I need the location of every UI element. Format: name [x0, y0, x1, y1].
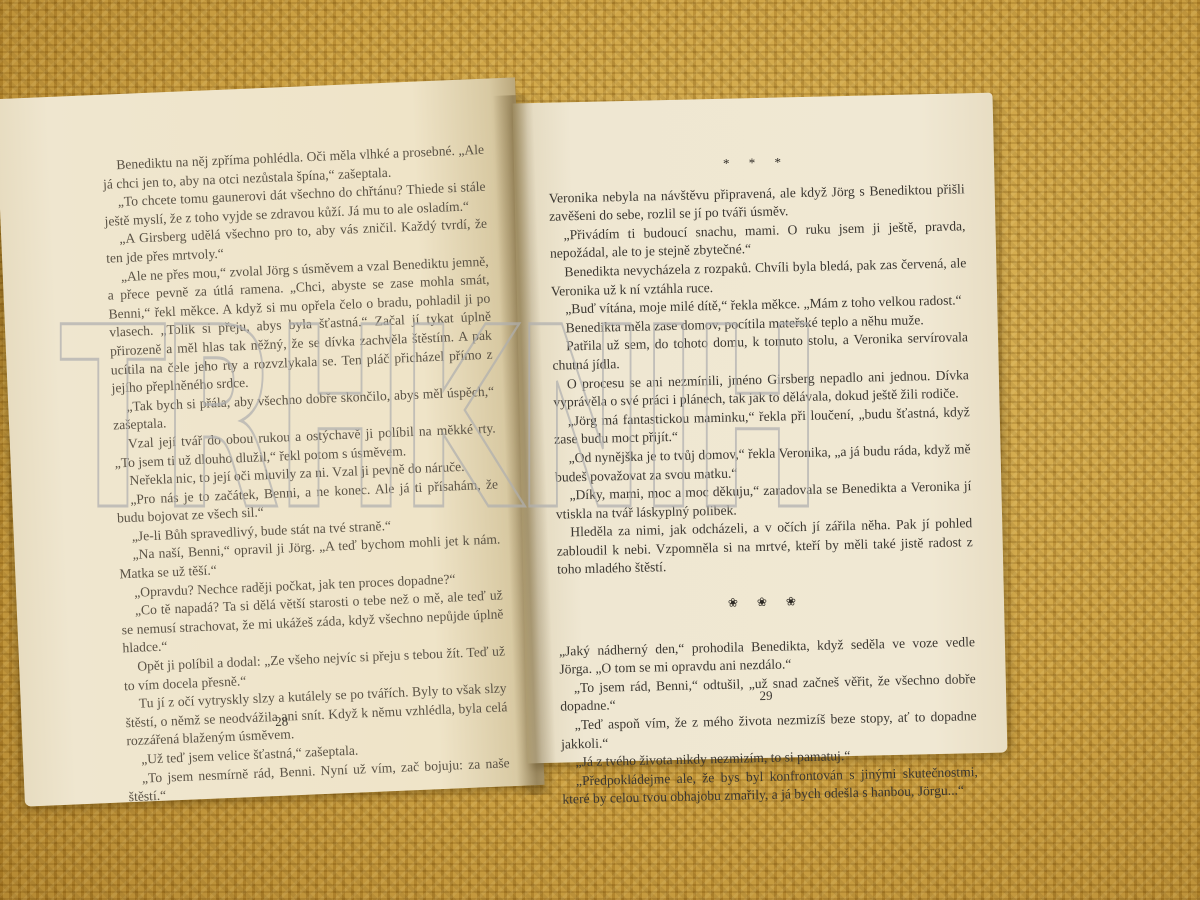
right-page-text-before: Veronika nebyla na návštěvu připravená, … [549, 180, 974, 580]
right-page: * * * Veronika nebyla na návštěvu připra… [513, 93, 1008, 764]
paragraph: Hleděla za nimi, jak odcházeli, a v očíc… [556, 514, 973, 579]
open-book: Benediktu na něj zpříma pohlédla. Oči mě… [0, 0, 1200, 900]
paragraph: „Ale ne přes mou,“ zvolal Jörg s úsměvem… [107, 252, 494, 398]
flower-ornament: ❀ ❀ ❀ [558, 588, 974, 616]
section-break-ornament: * * * [548, 149, 964, 177]
right-page-text-after: „Jaký nádherný den,“ prohodila Benedikta… [559, 633, 979, 810]
left-page: Benediktu na něj zpříma pohlédla. Oči mě… [0, 77, 545, 806]
